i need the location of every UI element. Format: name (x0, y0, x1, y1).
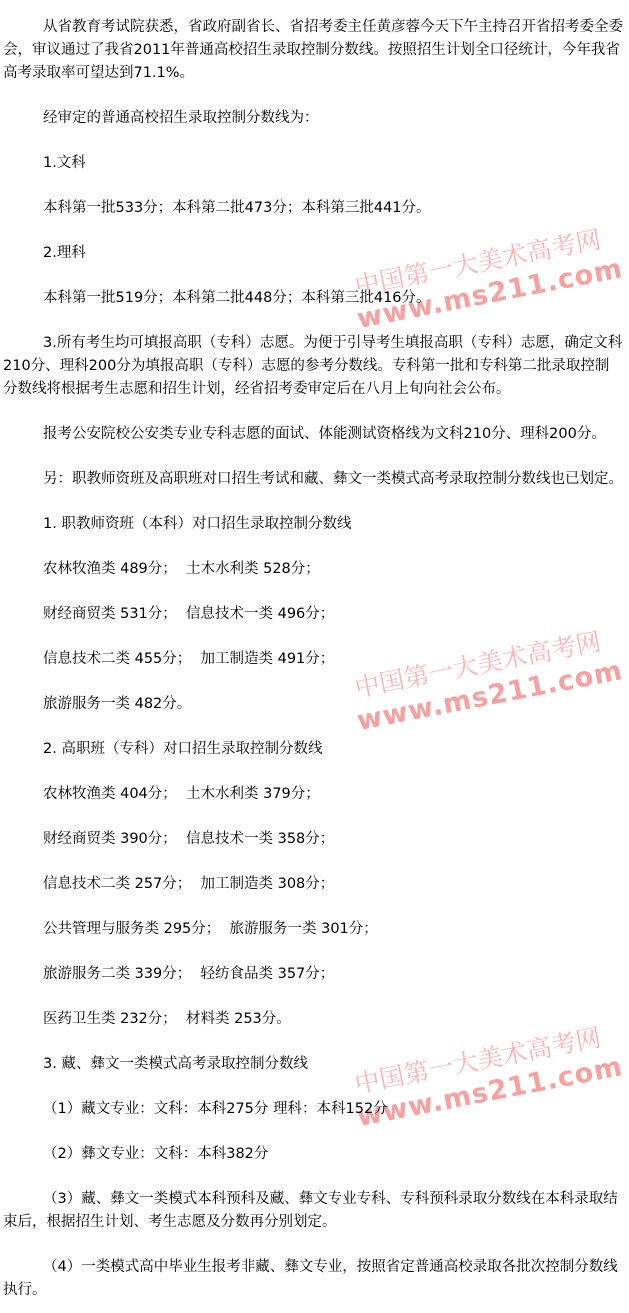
paragraph: 旅游服务二类 339分； 轻纺食品类 357分； (3, 963, 623, 986)
paragraph: 农林牧渔类 404分； 土木水利类 379分； (3, 783, 623, 806)
paragraph: （2）彝文专业：文科：本科382分 (3, 1143, 623, 1166)
paragraph: 信息技术二类 257分； 加工制造类 308分； (3, 873, 623, 896)
paragraph: 农林牧渔类 489分； 土木水利类 528分； (3, 558, 623, 581)
paragraph: 3.所有考生均可填报高职（专科）志愿。为便于引导考生填报高职（专科）志愿，确定文… (3, 332, 623, 401)
paragraph: 财经商贸类 531分； 信息技术一类 496分； (3, 603, 623, 626)
paragraph: 旅游服务一类 482分。 (3, 693, 623, 716)
paragraph: 3. 藏、彝文一类模式高考录取控制分数线 (3, 1053, 623, 1076)
paragraph: 公共管理与服务类 295分； 旅游服务一类 301分； (3, 918, 623, 941)
paragraph: 报考公安院校公安类专业专科志愿的面试、体能测试资格线为文科210分、理科200分… (3, 423, 623, 446)
paragraph: 2.理科 (3, 242, 623, 265)
paragraph: 从省教育考试院获悉，省政府副省长、省招考委主任黄彦蓉今天下午主持召开省招考委全委… (3, 16, 623, 85)
paragraph: 本科第一批519分；本科第二批448分；本科第三批416分。 (3, 287, 623, 310)
paragraph: （4）一类模式高中毕业生报考非藏、彝文专业，按照省定普通高校录取各批次控制分数线… (3, 1256, 623, 1302)
paragraph: 1.文科 (3, 152, 623, 175)
paragraph: 医药卫生类 232分； 材料类 253分。 (3, 1008, 623, 1031)
article-body: 从省教育考试院获悉，省政府副省长、省招考委主任黄彦蓉今天下午主持召开省招考委全委… (0, 0, 629, 1302)
paragraph: 信息技术二类 455分； 加工制造类 491分； (3, 648, 623, 671)
paragraph: 另：职教师资班及高职班对口招生考试和藏、彝文一类模式高考录取控制分数线也已划定。 (3, 468, 623, 491)
paragraph: 经审定的普通高校招生录取控制分数线为： (3, 107, 623, 130)
paragraph: 1. 职教师资班（本科）对口招生录取控制分数线 (3, 513, 623, 536)
paragraph: 2. 高职班（专科）对口招生录取控制分数线 (3, 738, 623, 761)
paragraph: （1）藏文专业：文科：本科275分 理科：本科152分 (3, 1098, 623, 1121)
paragraph: （3）藏、彝文一类模式本科预科及藏、彝文专业专科、专科预科录取分数线在本科录取结… (3, 1188, 623, 1234)
paragraph: 财经商贸类 390分； 信息技术一类 358分； (3, 828, 623, 851)
paragraph: 本科第一批533分；本科第二批473分；本科第三批441分。 (3, 197, 623, 220)
